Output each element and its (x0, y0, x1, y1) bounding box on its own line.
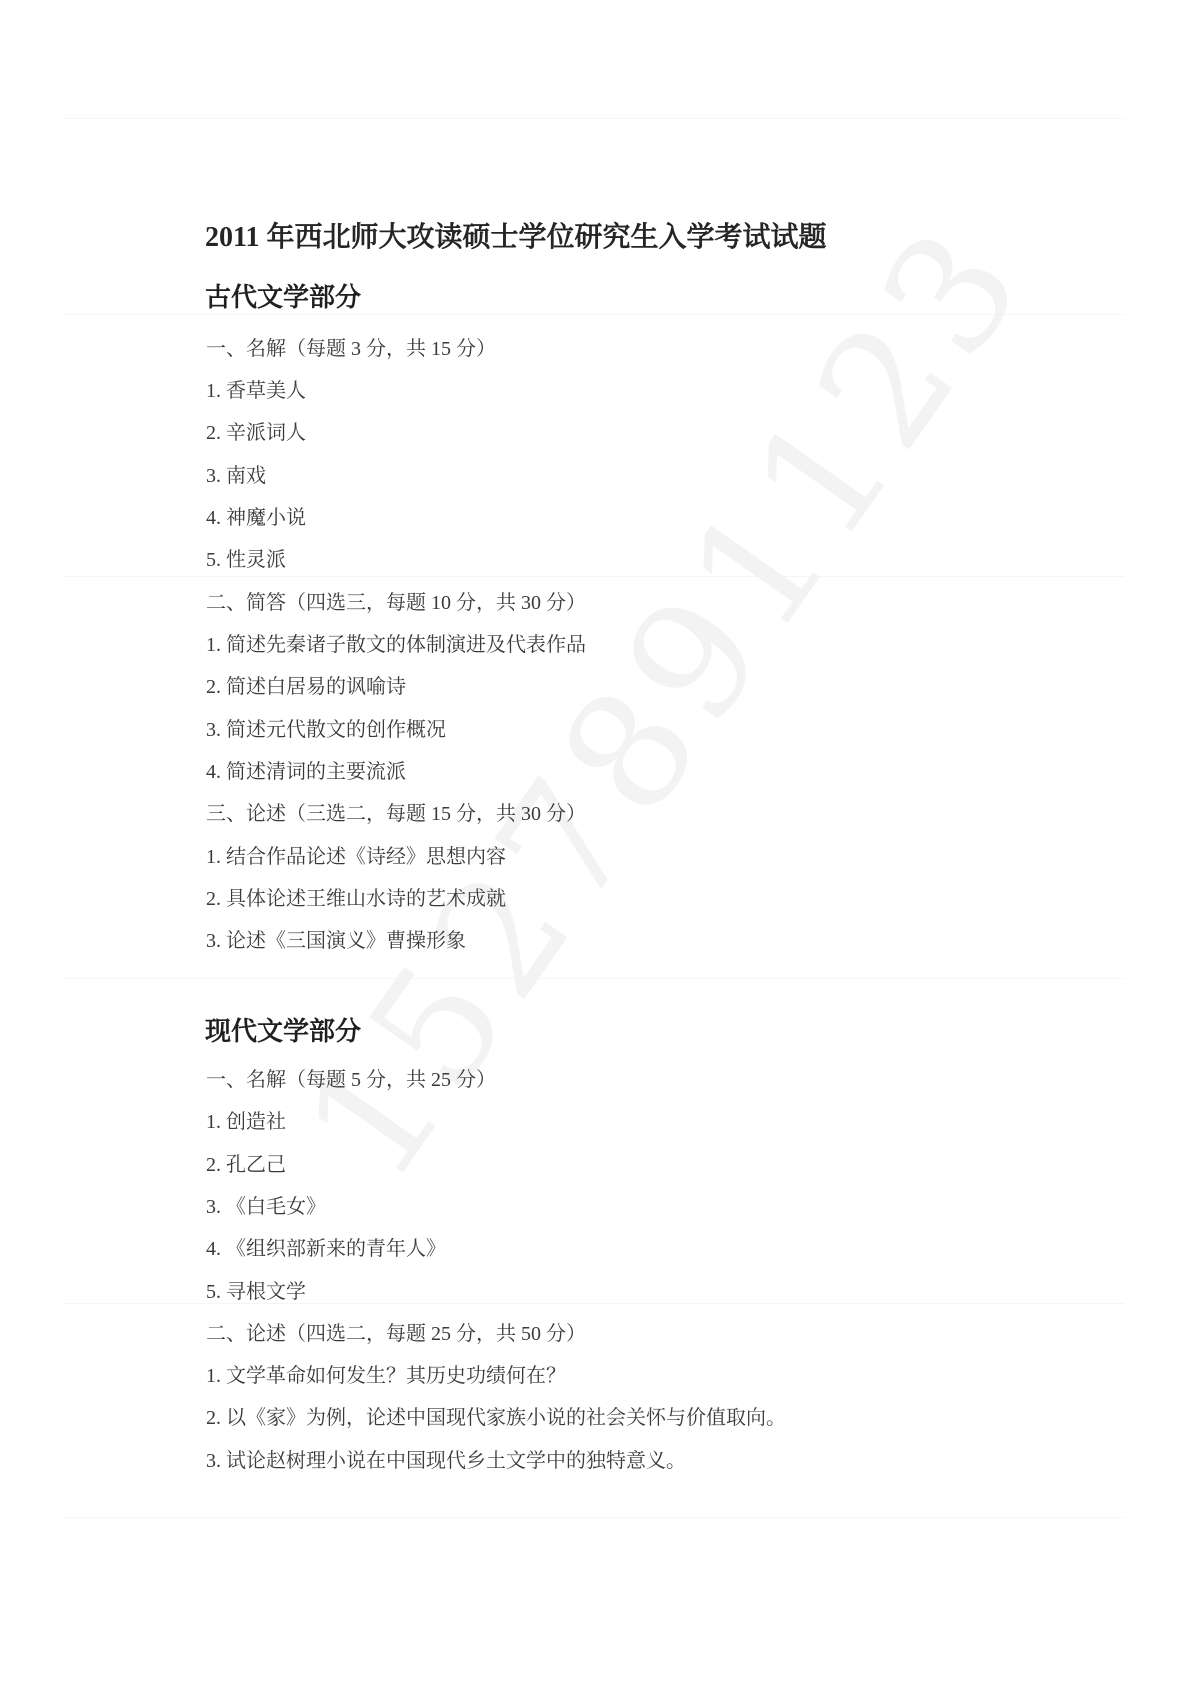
section-heading-ancient-literature: 古代文学部分 (205, 283, 361, 312)
exam-line: 2. 以《家》为例，论述中国现代家族小说的社会关怀与价值取向。 (206, 1406, 786, 1430)
exam-line: 2. 辛派词人 (206, 421, 306, 445)
page-separator (65, 978, 1125, 979)
exam-line: 3. 论述《三国演义》曹操形象 (206, 929, 466, 953)
exam-line: 一、名解（每题 3 分，共 15 分） (206, 337, 496, 361)
page-separator (65, 576, 1125, 577)
exam-line: 4. 《组织部新来的青年人》 (206, 1237, 446, 1261)
exam-line: 5. 寻根文学 (206, 1280, 306, 1304)
page-separator (65, 118, 1125, 119)
section-heading-modern-literature: 现代文学部分 (205, 1017, 361, 1046)
exam-line: 二、简答（四选三，每题 10 分，共 30 分） (206, 591, 586, 615)
exam-line: 1. 简述先秦诸子散文的体制演进及代表作品 (206, 633, 586, 657)
exam-line: 一、名解（每题 5 分，共 25 分） (206, 1068, 496, 1092)
exam-line: 1. 结合作品论述《诗经》思想内容 (206, 845, 506, 869)
exam-line: 4. 神魔小说 (206, 506, 306, 530)
exam-line: 2. 简述白居易的讽喻诗 (206, 675, 406, 699)
exam-line: 1. 创造社 (206, 1110, 286, 1134)
exam-line: 二、论述（四选二，每题 25 分，共 50 分） (206, 1322, 586, 1346)
exam-line: 4. 简述清词的主要流派 (206, 760, 406, 784)
exam-line: 三、论述（三选二，每题 15 分，共 30 分） (206, 802, 586, 826)
exam-line: 5. 性灵派 (206, 548, 286, 572)
exam-line: 3. 简述元代散文的创作概况 (206, 718, 446, 742)
document-title: 2011 年西北师大攻读硕士学位研究生入学考试试题 (205, 222, 826, 254)
page-separator (65, 1517, 1125, 1518)
exam-line: 3. 南戏 (206, 464, 266, 488)
document-page: 1527891123 2011 年西北师大攻读硕士学位研究生入学考试试题 古代文… (0, 0, 1190, 1683)
exam-line: 2. 孔乙己 (206, 1153, 286, 1177)
exam-line: 3. 试论赵树理小说在中国现代乡土文学中的独特意义。 (206, 1449, 686, 1473)
exam-line: 1. 文学革命如何发生？其历史功绩何在？ (206, 1364, 566, 1388)
exam-line: 3. 《白毛女》 (206, 1195, 326, 1219)
exam-line: 1. 香草美人 (206, 379, 306, 403)
exam-line: 2. 具体论述王维山水诗的艺术成就 (206, 887, 506, 911)
